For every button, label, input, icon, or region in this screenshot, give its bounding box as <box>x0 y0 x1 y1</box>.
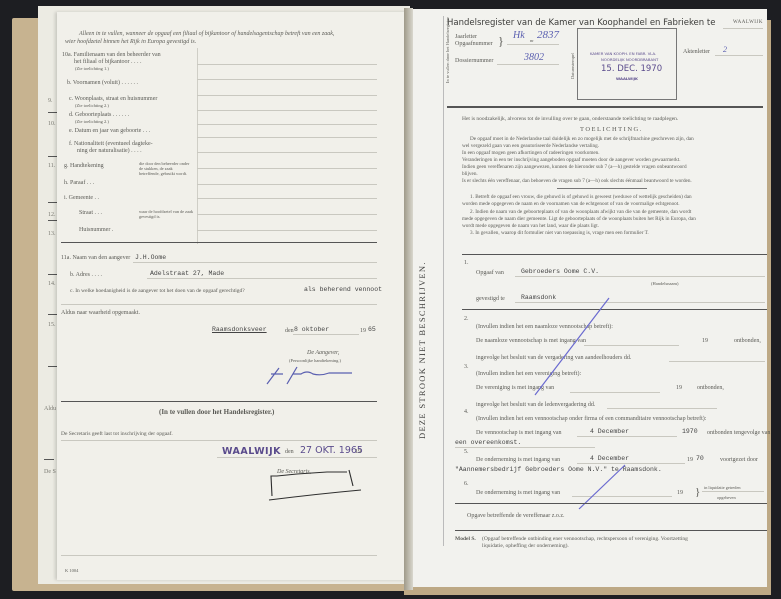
form-code: K 1004 <box>65 568 78 573</box>
field-housenumber-input[interactable] <box>197 230 377 231</box>
field-10d-input[interactable] <box>197 124 377 125</box>
intro-line-2: wier hoofdzetel binnen het Rijk in Europ… <box>65 39 196 45</box>
field-11a-underline <box>133 262 377 263</box>
footer-divider <box>61 555 377 556</box>
field-11c-value[interactable]: als beherend vennoot <box>304 286 382 293</box>
field-11b-label: b. Adres . . . . <box>70 272 102 278</box>
section-divider <box>61 401 377 402</box>
stamp-year-suffix: 19 <box>355 449 361 455</box>
date-underline <box>293 334 359 335</box>
field-10c-input[interactable] <box>197 110 377 111</box>
left-form-page: Alleen in te vullen, wanneer de opgaaf e… <box>57 12 410 580</box>
margin-number: 10. <box>48 121 56 127</box>
section-divider <box>455 503 767 504</box>
book-spine <box>404 8 413 590</box>
field-10a-label-2: het filiaal of bijkantoor . . . . <box>74 59 141 65</box>
field-10c-label: c. Woonplaats, straat en huisnummer <box>69 96 157 102</box>
field-11b-value[interactable]: Adelstraat 27, Made <box>150 270 224 277</box>
brace-note-signature: die door den beheerder onder de stukken,… <box>139 161 194 176</box>
brace-note-seat: waar de hoofdzetel van de zaak gevestigd… <box>139 209 194 219</box>
field-10a-note: (Zie toelichting 1.) <box>75 66 109 71</box>
declarant-signature <box>257 364 357 389</box>
place-value[interactable]: Raamsdonksveer <box>212 326 267 333</box>
section-divider <box>61 242 377 243</box>
field-10f-label: f. Nationaliteit (eventueel dagteke- <box>69 141 153 147</box>
section-divider <box>455 530 767 531</box>
field-10c-note: (Zie toelichting 2.) <box>75 103 109 108</box>
stamp-den-label: den <box>285 449 294 455</box>
field-10h-input[interactable] <box>197 184 377 185</box>
field-10f-label-2: ning der naturalisatie) . . . . <box>77 148 142 154</box>
field-10d-note: (Zie toelichting 2.) <box>75 119 109 124</box>
field-11a-label: 11a. Naam van den aangever <box>61 255 130 261</box>
field-10e-label: e. Datum en jaar van geboorte . . . <box>69 128 150 134</box>
vereffenaar-note: Opgave betreffende de vereffenaar z.o.z. <box>467 513 565 519</box>
field-10i-input[interactable] <box>197 198 377 199</box>
year-prefix: 19 <box>360 328 366 334</box>
field-10g-input[interactable] <box>197 168 377 169</box>
registry-heading: (In te vullen door het Handelsregister.) <box>159 408 274 416</box>
intro-line-1: Alleen in te vullen, wanneer de opgaaf e… <box>79 31 334 37</box>
field-10a-input[interactable] <box>197 64 377 65</box>
field-10b-label: b. Voornamen (voluit) . . . . . . <box>67 80 138 86</box>
field-10i-label: i. Gemeente . . <box>64 195 99 201</box>
margin-number: 14. <box>48 281 56 287</box>
truth-statement: Aldus naar waarheid opgemaakt. <box>61 310 140 316</box>
instruction-underline <box>61 440 377 441</box>
waalwijk-stamp: WAALWIJK <box>222 446 281 457</box>
secretary-signature <box>257 468 367 504</box>
margin-text: De S <box>44 469 56 475</box>
margin-bar <box>44 459 54 460</box>
declarant-note: (Persoonlijke handtekening.) <box>289 358 341 363</box>
right-form-page: Handelsregister van de Kamer van Koophan… <box>407 9 767 587</box>
margin-number: 11. <box>48 163 55 169</box>
year-value[interactable]: 65 <box>368 326 376 333</box>
field-10f-input[interactable] <box>197 152 377 153</box>
declarant-label: De Aangever, <box>307 350 339 356</box>
field-street-label: Straat . . . <box>79 210 102 216</box>
margin-number: 12. <box>48 212 56 218</box>
field-11a-value[interactable]: J.H.Oome <box>135 254 166 261</box>
field-10b-input-2[interactable] <box>197 95 377 96</box>
margin-number: 13. <box>48 231 56 237</box>
field-10g-label: g. Handtekening <box>64 163 104 169</box>
field-11c-label: c. In welke hoedanigheid is de aangever … <box>70 288 245 294</box>
field-10h-label: h. Paraaf . . . <box>64 180 94 186</box>
margin-number: 15. <box>48 322 56 328</box>
field-11c-underline <box>61 304 377 305</box>
margin-number: 9. <box>48 98 53 104</box>
secretary-instruction: De Secretaris geeft last tot inschrijvin… <box>61 431 173 437</box>
registration-date-stamp: 27 OKT. 1965 <box>300 445 363 456</box>
model-description-1: (Opgaaf betreffende ontbinding ener venn… <box>482 536 688 542</box>
field-11b-underline <box>147 278 377 279</box>
stamp-underline <box>217 457 377 458</box>
margin-text: Aldu <box>44 406 56 412</box>
cancellation-strokes <box>407 9 767 587</box>
field-street-input[interactable] <box>197 214 377 215</box>
field-10b-input[interactable] <box>197 79 377 80</box>
field-housenumber-label: Huisnummer . <box>79 227 113 233</box>
date-value[interactable]: 8 oktober <box>294 326 329 333</box>
field-10a-label: 10a. Familienaam van den beheerder van <box>62 52 161 58</box>
model-description-2: liquidatie, opheffing der onderneming). <box>482 543 569 549</box>
field-10e-input[interactable] <box>197 137 377 138</box>
field-10d-label: d. Geboorteplaats . . . . . . <box>69 112 129 118</box>
model-label: Model S. <box>455 536 476 542</box>
